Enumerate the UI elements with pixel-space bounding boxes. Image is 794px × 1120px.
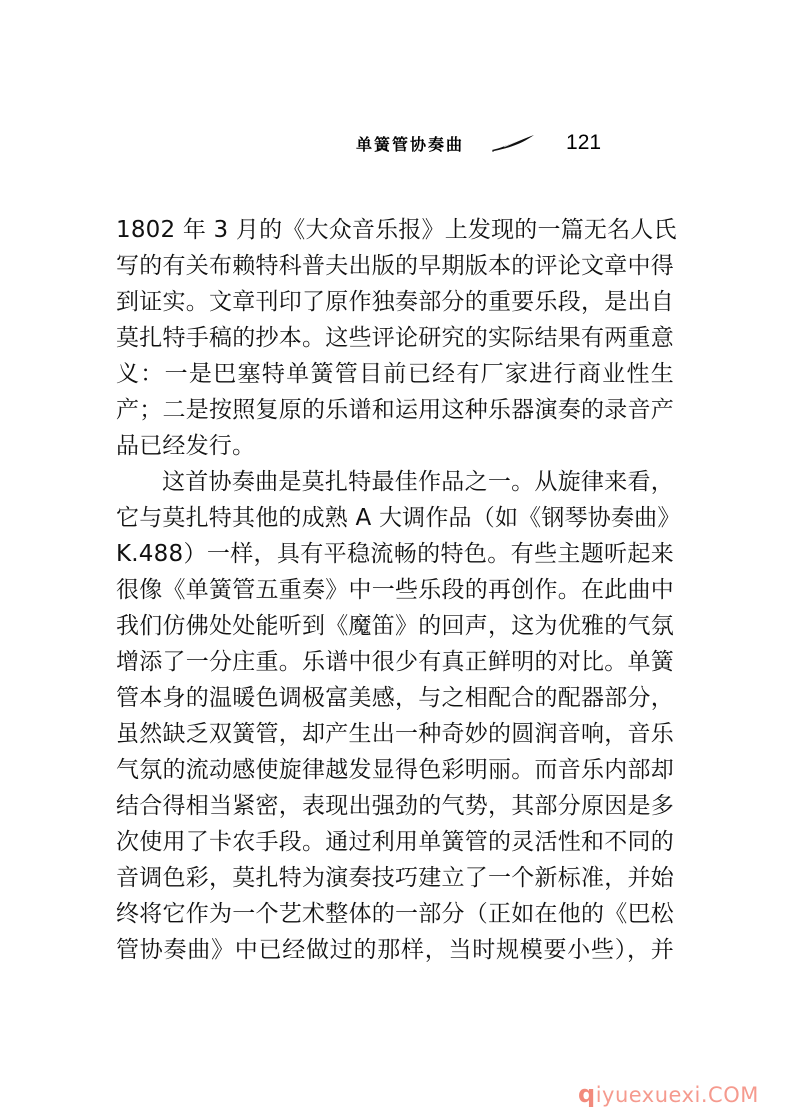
watermark-text: iyuexuexi.COM (596, 1083, 759, 1107)
text-line: 管协奏曲》中已经做过的那样，当时规模要小些），并 (116, 932, 674, 968)
text-line: 次使用了卡农手段。通过利用单簧管的灵活性和不同的 (116, 824, 674, 860)
text-line: 义：一是巴塞特单簧管目前已经有厂家进行商业性生 (116, 356, 674, 392)
text-line: 这首协奏曲是莫扎特最佳作品之一。从旋律来看， (116, 464, 674, 500)
text-line: 增添了一分庄重。乐谱中很少有真正鲜明的对比。单簧 (116, 644, 674, 680)
text-line: 虽然缺乏双簧管，却产生出一种奇妙的圆润音响，音乐 (116, 716, 674, 752)
text-line: 我们仿佛处处能听到《魔笛》的回声，这为优雅的气氛 (116, 608, 674, 644)
header-title: 单簧管协奏曲 (356, 132, 464, 155)
text-line: 莫扎特手稿的抄本。这些评论研究的实际结果有两重意 (116, 320, 674, 356)
page-number: 121 (566, 131, 601, 155)
text-line: 它与莫扎特其他的成熟 A 大调作品（如《钢琴协奏曲》 (116, 500, 674, 536)
text-line: 品已经发行。 (116, 428, 674, 464)
text-line: 气氛的流动感使旋律越发显得色彩明丽。而音乐内部却 (116, 752, 674, 788)
text-line: 音调色彩，莫扎特为演奏技巧建立了一个新标准，并始 (116, 860, 674, 896)
text-line: 很像《单簧管五重奏》中一些乐段的再创作。在此曲中 (116, 572, 674, 608)
text-line: 1802 年 3 月的《大众音乐报》上发现的一篇无名人氏 (116, 212, 674, 248)
running-header: 单簧管协奏曲 121 (356, 130, 601, 156)
text-line: 写的有关布赖特科普夫出版的早期版本的评论文章中得 (116, 248, 674, 284)
paragraph-1: 1802 年 3 月的《大众音乐报》上发现的一篇无名人氏 写的有关布赖特科普夫出… (116, 212, 674, 464)
text-line: K.488）一样，具有平稳流畅的特色。有些主题听起来 (116, 536, 674, 572)
watermark-initial: q (578, 1080, 596, 1108)
text-line: 终将它作为一个艺术整体的一部分（正如在他的《巴松 (116, 896, 674, 932)
feather-ornament-icon (490, 133, 536, 153)
text-line: 产；二是按照复原的乐谱和运用这种乐器演奏的录音产 (116, 392, 674, 428)
text-line: 管本身的温暖色调极富美感，与之相配合的配器部分， (116, 680, 674, 716)
paragraph-2: 这首协奏曲是莫扎特最佳作品之一。从旋律来看， 它与莫扎特其他的成熟 A 大调作品… (116, 464, 674, 968)
site-watermark: qiyuexuexi.COM (578, 1080, 759, 1108)
text-line: 结合得相当紧密，表现出强劲的气势，其部分原因是多 (116, 788, 674, 824)
page-body: 1802 年 3 月的《大众音乐报》上发现的一篇无名人氏 写的有关布赖特科普夫出… (116, 212, 674, 968)
text-line: 到证实。文章刊印了原作独奏部分的重要乐段，是出自 (116, 284, 674, 320)
